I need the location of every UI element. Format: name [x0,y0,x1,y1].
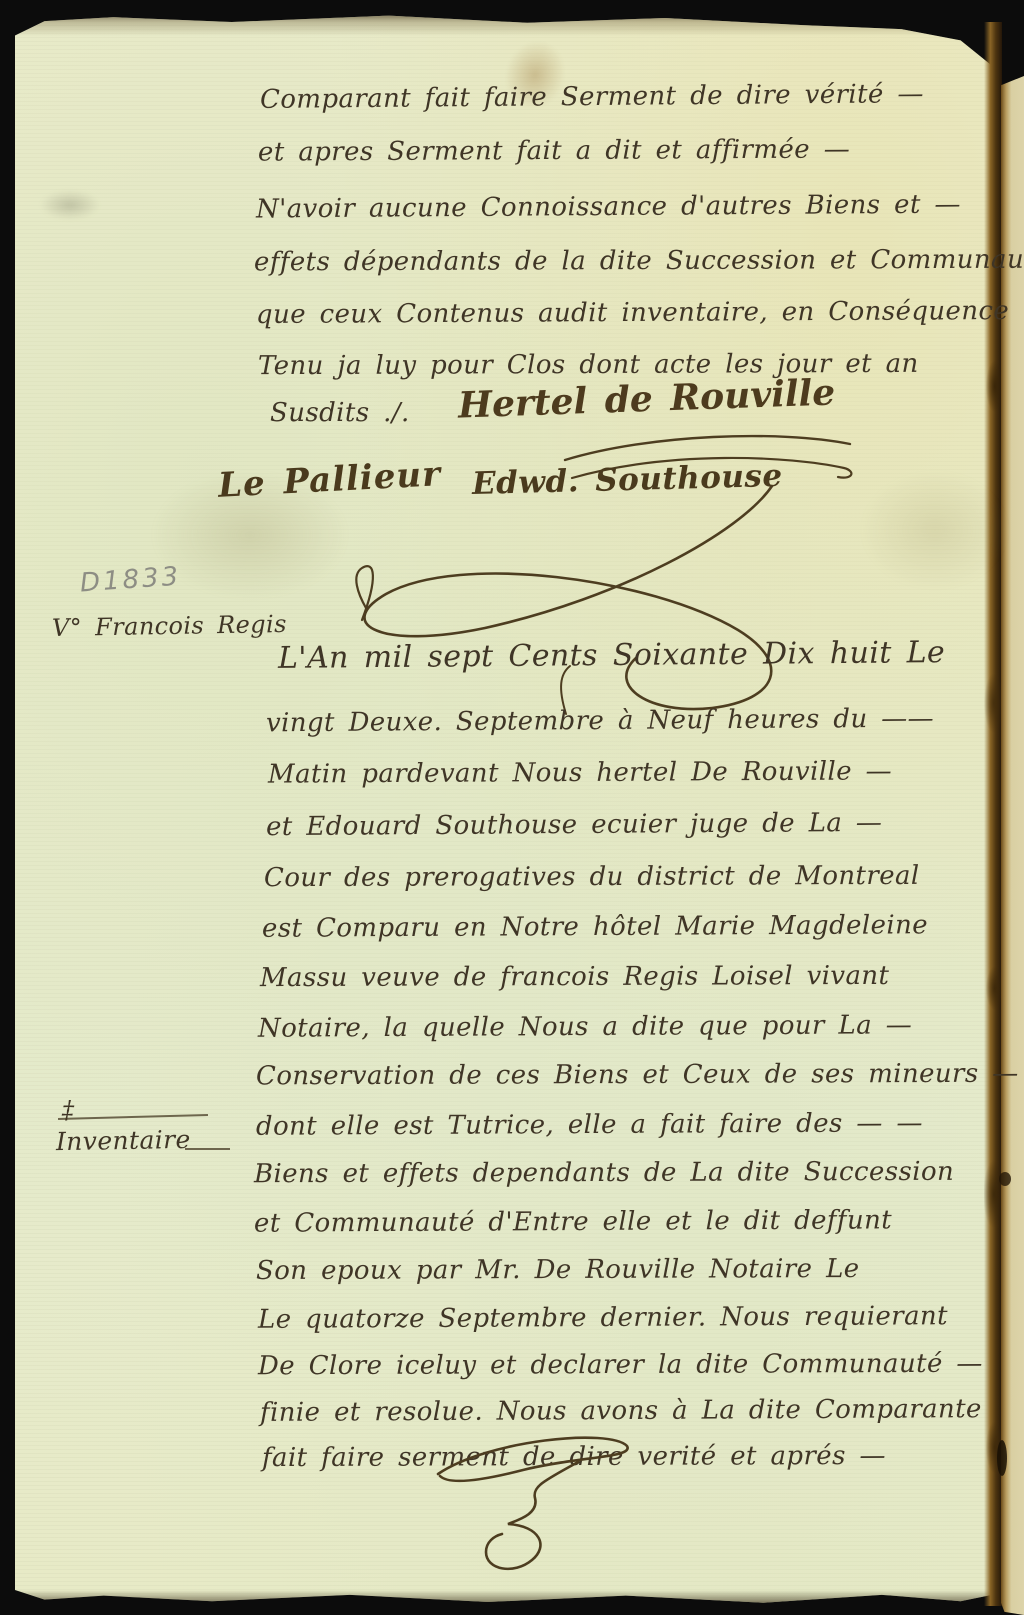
manuscript-line: Son epoux par Mr. De Rouville Notaire Le [256,1254,860,1286]
manuscript-line: Massu veuve de francois Regis Loisel viv… [260,961,889,993]
manuscript-line: que ceux Contenus audit inventaire, en C… [256,296,1009,330]
manuscript-line: Notaire, la quelle Nous a dite que pour … [258,1010,912,1043]
manuscript-line: dont elle est Tutrice, elle a fait faire… [256,1108,923,1141]
signature-loop-flourish [320,478,790,728]
manuscript-line: Matin pardevant Nous hertel De Rouville … [268,756,892,789]
manuscript-line: finie et resolue. Nous avons à La dite C… [260,1394,982,1428]
paraph-flourish [428,1428,643,1578]
manuscript-line: Cour des prerogatives du district de Mon… [264,861,920,893]
manuscript-line: et apres Serment fait a dit et affirmée … [258,134,850,167]
ink-blot [997,1440,1007,1476]
manuscript-line: N'avoir aucune Connoissance d'autres Bie… [256,190,961,225]
margin-rule [185,1148,230,1150]
manuscript-line: Susdits ./. [270,398,410,428]
manuscript-line: effets dépendants de la dite Succession … [254,245,1024,278]
manuscript-line: Conservation de ces Biens et Ceux de ses… [256,1059,1019,1092]
manuscript-line: et Edouard Southouse ecuier juge de La — [266,808,882,842]
margin-note-inventaire: Inventaire [56,1125,191,1156]
ink-blot [999,1172,1011,1186]
manuscript-line: De Clore iceluy et declarer la dite Comm… [258,1349,983,1382]
margin-note-francois-regis: V° Francois Regis [52,610,287,642]
manuscript-line: L'An mil sept Cents Soixante Dix huit Le [278,635,945,676]
manuscript-line: vingt Deuxe. Septembre à Neuf heures du … [266,704,934,739]
manuscript-scan: { "document": { "type": "handwritten not… [0,0,1024,1615]
manuscript-line: Comparant fait faire Serment de dire vér… [260,79,924,115]
manuscript-line: Biens et effets dependants de La dite Su… [254,1157,954,1189]
manuscript-line: et Communauté d'Entre elle et le dit def… [254,1205,892,1238]
manuscript-line: est Comparu en Notre hôtel Marie Magdele… [262,910,928,943]
manuscript-line: Le quatorze Septembre dernier. Nous requ… [258,1301,948,1335]
